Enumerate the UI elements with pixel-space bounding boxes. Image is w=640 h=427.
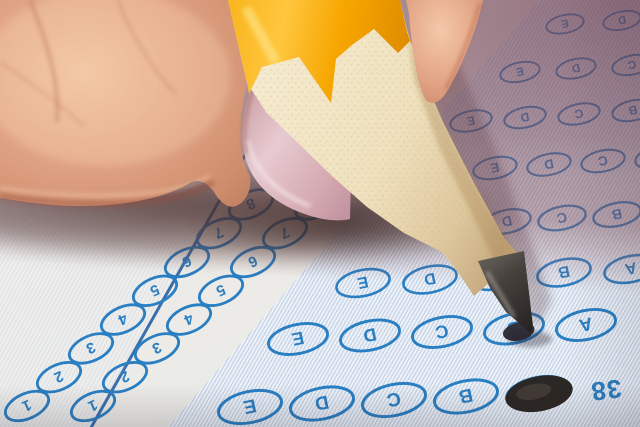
photo-vignette [0,0,640,427]
photo-scene: EDCBA38EDCBAEDCBAEDCBAEDCBEDCBAEDCBEDC12… [0,0,640,427]
